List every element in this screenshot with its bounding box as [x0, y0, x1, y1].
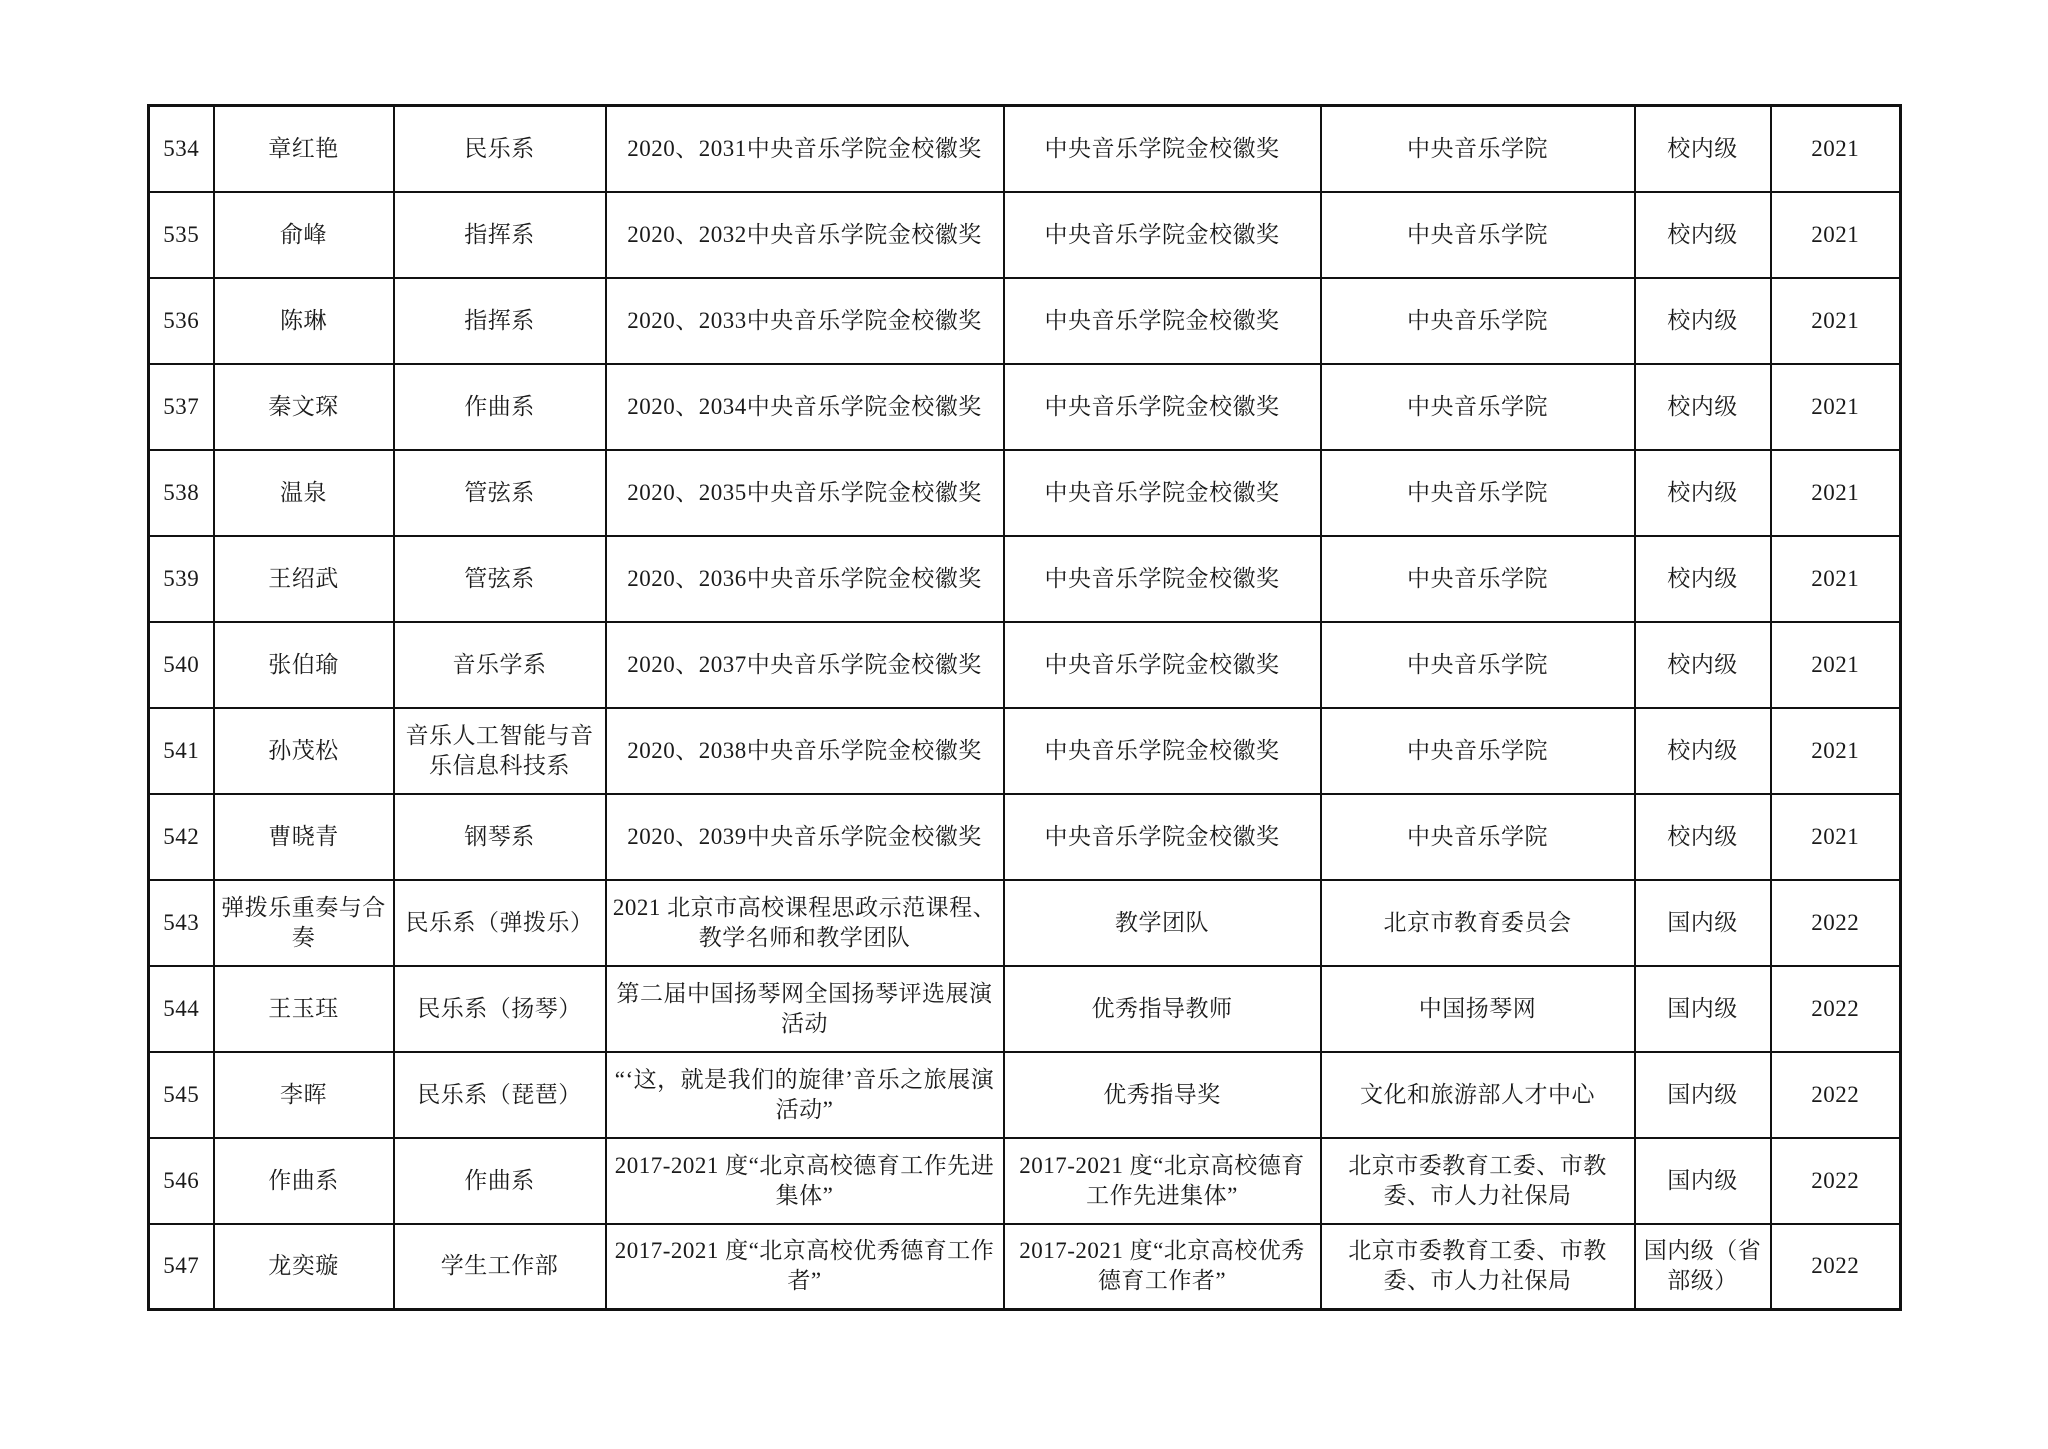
cell-award-item: 中央音乐学院金校徽奖 [1004, 278, 1321, 364]
cell-award-name: 2020、2031中央音乐学院金校徽奖 [606, 106, 1004, 192]
cell-year: 2021 [1771, 278, 1901, 364]
table-row: 542 曹晓青 钢琴系 2020、2039中央音乐学院金校徽奖 中央音乐学院金校… [149, 794, 1901, 880]
cell-year: 2021 [1771, 794, 1901, 880]
cell-issuing-org: 中央音乐学院 [1321, 794, 1635, 880]
cell-no: 537 [149, 364, 214, 450]
cell-level: 校内级 [1635, 106, 1771, 192]
table-row: 537 秦文琛 作曲系 2020、2034中央音乐学院金校徽奖 中央音乐学院金校… [149, 364, 1901, 450]
cell-name: 王绍武 [214, 536, 394, 622]
cell-issuing-org: 中央音乐学院 [1321, 364, 1635, 450]
cell-award-name: 2020、2039中央音乐学院金校徽奖 [606, 794, 1004, 880]
cell-level: 校内级 [1635, 536, 1771, 622]
cell-year: 2021 [1771, 450, 1901, 536]
table-row: 544 王玉珏 民乐系（扬琴） 第二届中国扬琴网全国扬琴评选展演活动 优秀指导教… [149, 966, 1901, 1052]
cell-department: 音乐人工智能与音乐信息科技系 [394, 708, 606, 794]
cell-department: 音乐学系 [394, 622, 606, 708]
table-row: 546 作曲系 作曲系 2017-2021 度“北京高校德育工作先进集体” 20… [149, 1138, 1901, 1224]
cell-award-item: 教学团队 [1004, 880, 1321, 966]
cell-year: 2022 [1771, 1052, 1901, 1138]
table-row: 543 弹拨乐重奏与合奏 民乐系（弹拨乐） 2021 北京市高校课程思政示范课程… [149, 880, 1901, 966]
cell-award-item: 优秀指导教师 [1004, 966, 1321, 1052]
cell-issuing-org: 中国扬琴网 [1321, 966, 1635, 1052]
table-row: 539 王绍武 管弦系 2020、2036中央音乐学院金校徽奖 中央音乐学院金校… [149, 536, 1901, 622]
cell-year: 2021 [1771, 708, 1901, 794]
table-row: 536 陈琳 指挥系 2020、2033中央音乐学院金校徽奖 中央音乐学院金校徽… [149, 278, 1901, 364]
cell-department: 民乐系（琵琶） [394, 1052, 606, 1138]
cell-year: 2021 [1771, 364, 1901, 450]
cell-department: 指挥系 [394, 192, 606, 278]
cell-year: 2022 [1771, 1138, 1901, 1224]
cell-award-name: 2017-2021 度“北京高校优秀德育工作者” [606, 1224, 1004, 1310]
cell-name: 孙茂松 [214, 708, 394, 794]
table-row: 540 张伯瑜 音乐学系 2020、2037中央音乐学院金校徽奖 中央音乐学院金… [149, 622, 1901, 708]
cell-no: 540 [149, 622, 214, 708]
cell-award-item: 中央音乐学院金校徽奖 [1004, 708, 1321, 794]
cell-level: 国内级（省部级） [1635, 1224, 1771, 1310]
cell-award-name: 2020、2037中央音乐学院金校徽奖 [606, 622, 1004, 708]
cell-year: 2021 [1771, 622, 1901, 708]
cell-no: 534 [149, 106, 214, 192]
cell-award-name: 2020、2038中央音乐学院金校徽奖 [606, 708, 1004, 794]
cell-name: 张伯瑜 [214, 622, 394, 708]
cell-award-item: 优秀指导奖 [1004, 1052, 1321, 1138]
cell-award-name: 2020、2034中央音乐学院金校徽奖 [606, 364, 1004, 450]
cell-level: 校内级 [1635, 622, 1771, 708]
cell-name: 龙奕璇 [214, 1224, 394, 1310]
cell-issuing-org: 北京市教育委员会 [1321, 880, 1635, 966]
cell-name: 作曲系 [214, 1138, 394, 1224]
cell-department: 指挥系 [394, 278, 606, 364]
table-row: 541 孙茂松 音乐人工智能与音乐信息科技系 2020、2038中央音乐学院金校… [149, 708, 1901, 794]
cell-level: 校内级 [1635, 708, 1771, 794]
cell-award-item: 2017-2021 度“北京高校德育工作先进集体” [1004, 1138, 1321, 1224]
cell-issuing-org: 中央音乐学院 [1321, 450, 1635, 536]
table-row: 534 章红艳 民乐系 2020、2031中央音乐学院金校徽奖 中央音乐学院金校… [149, 106, 1901, 192]
table-row: 538 温泉 管弦系 2020、2035中央音乐学院金校徽奖 中央音乐学院金校徽… [149, 450, 1901, 536]
cell-issuing-org: 中央音乐学院 [1321, 278, 1635, 364]
cell-issuing-org: 中央音乐学院 [1321, 106, 1635, 192]
cell-issuing-org: 中央音乐学院 [1321, 708, 1635, 794]
cell-department: 学生工作部 [394, 1224, 606, 1310]
cell-name: 王玉珏 [214, 966, 394, 1052]
cell-award-item: 中央音乐学院金校徽奖 [1004, 364, 1321, 450]
cell-issuing-org: 北京市委教育工委、市教委、市人力社保局 [1321, 1138, 1635, 1224]
cell-issuing-org: 中央音乐学院 [1321, 192, 1635, 278]
cell-award-item: 中央音乐学院金校徽奖 [1004, 536, 1321, 622]
cell-no: 539 [149, 536, 214, 622]
cell-department: 作曲系 [394, 364, 606, 450]
cell-department: 管弦系 [394, 536, 606, 622]
cell-name: 俞峰 [214, 192, 394, 278]
cell-level: 校内级 [1635, 278, 1771, 364]
cell-name: 曹晓青 [214, 794, 394, 880]
cell-name: 章红艳 [214, 106, 394, 192]
cell-department: 民乐系 [394, 106, 606, 192]
cell-award-item: 中央音乐学院金校徽奖 [1004, 192, 1321, 278]
cell-award-item: 中央音乐学院金校徽奖 [1004, 106, 1321, 192]
cell-level: 校内级 [1635, 794, 1771, 880]
cell-level: 校内级 [1635, 192, 1771, 278]
cell-award-name: 第二届中国扬琴网全国扬琴评选展演活动 [606, 966, 1004, 1052]
cell-no: 545 [149, 1052, 214, 1138]
cell-award-name: 2020、2032中央音乐学院金校徽奖 [606, 192, 1004, 278]
cell-year: 2022 [1771, 1224, 1901, 1310]
table-row: 535 俞峰 指挥系 2020、2032中央音乐学院金校徽奖 中央音乐学院金校徽… [149, 192, 1901, 278]
table-row: 547 龙奕璇 学生工作部 2017-2021 度“北京高校优秀德育工作者” 2… [149, 1224, 1901, 1310]
cell-name: 弹拨乐重奏与合奏 [214, 880, 394, 966]
cell-name: 温泉 [214, 450, 394, 536]
cell-department: 民乐系（扬琴） [394, 966, 606, 1052]
cell-no: 542 [149, 794, 214, 880]
cell-award-name: 2020、2036中央音乐学院金校徽奖 [606, 536, 1004, 622]
cell-year: 2022 [1771, 966, 1901, 1052]
cell-year: 2022 [1771, 880, 1901, 966]
cell-department: 钢琴系 [394, 794, 606, 880]
cell-level: 国内级 [1635, 1138, 1771, 1224]
cell-award-name: 2021 北京市高校课程思政示范课程、教学名师和教学团队 [606, 880, 1004, 966]
document-page: 534 章红艳 民乐系 2020、2031中央音乐学院金校徽奖 中央音乐学院金校… [0, 0, 2048, 1449]
cell-award-name: “‘这，就是我们的旋律’音乐之旅展演活动” [606, 1052, 1004, 1138]
table-row: 545 李晖 民乐系（琵琶） “‘这，就是我们的旋律’音乐之旅展演活动” 优秀指… [149, 1052, 1901, 1138]
cell-year: 2021 [1771, 536, 1901, 622]
cell-no: 546 [149, 1138, 214, 1224]
cell-issuing-org: 北京市委教育工委、市教委、市人力社保局 [1321, 1224, 1635, 1310]
cell-name: 李晖 [214, 1052, 394, 1138]
cell-department: 管弦系 [394, 450, 606, 536]
cell-no: 536 [149, 278, 214, 364]
cell-no: 543 [149, 880, 214, 966]
cell-award-name: 2020、2033中央音乐学院金校徽奖 [606, 278, 1004, 364]
cell-no: 544 [149, 966, 214, 1052]
cell-department: 作曲系 [394, 1138, 606, 1224]
cell-issuing-org: 文化和旅游部人才中心 [1321, 1052, 1635, 1138]
cell-award-item: 中央音乐学院金校徽奖 [1004, 794, 1321, 880]
cell-no: 547 [149, 1224, 214, 1310]
cell-award-item: 2017-2021 度“北京高校优秀德育工作者” [1004, 1224, 1321, 1310]
cell-year: 2021 [1771, 192, 1901, 278]
cell-level: 校内级 [1635, 364, 1771, 450]
awards-table: 534 章红艳 民乐系 2020、2031中央音乐学院金校徽奖 中央音乐学院金校… [147, 104, 1902, 1311]
cell-level: 国内级 [1635, 966, 1771, 1052]
cell-award-name: 2020、2035中央音乐学院金校徽奖 [606, 450, 1004, 536]
cell-award-name: 2017-2021 度“北京高校德育工作先进集体” [606, 1138, 1004, 1224]
cell-year: 2021 [1771, 106, 1901, 192]
cell-award-item: 中央音乐学院金校徽奖 [1004, 450, 1321, 536]
cell-name: 秦文琛 [214, 364, 394, 450]
cell-issuing-org: 中央音乐学院 [1321, 536, 1635, 622]
cell-no: 541 [149, 708, 214, 794]
cell-issuing-org: 中央音乐学院 [1321, 622, 1635, 708]
cell-award-item: 中央音乐学院金校徽奖 [1004, 622, 1321, 708]
cell-no: 538 [149, 450, 214, 536]
cell-level: 校内级 [1635, 450, 1771, 536]
cell-name: 陈琳 [214, 278, 394, 364]
cell-department: 民乐系（弹拨乐） [394, 880, 606, 966]
cell-level: 国内级 [1635, 1052, 1771, 1138]
cell-no: 535 [149, 192, 214, 278]
cell-level: 国内级 [1635, 880, 1771, 966]
